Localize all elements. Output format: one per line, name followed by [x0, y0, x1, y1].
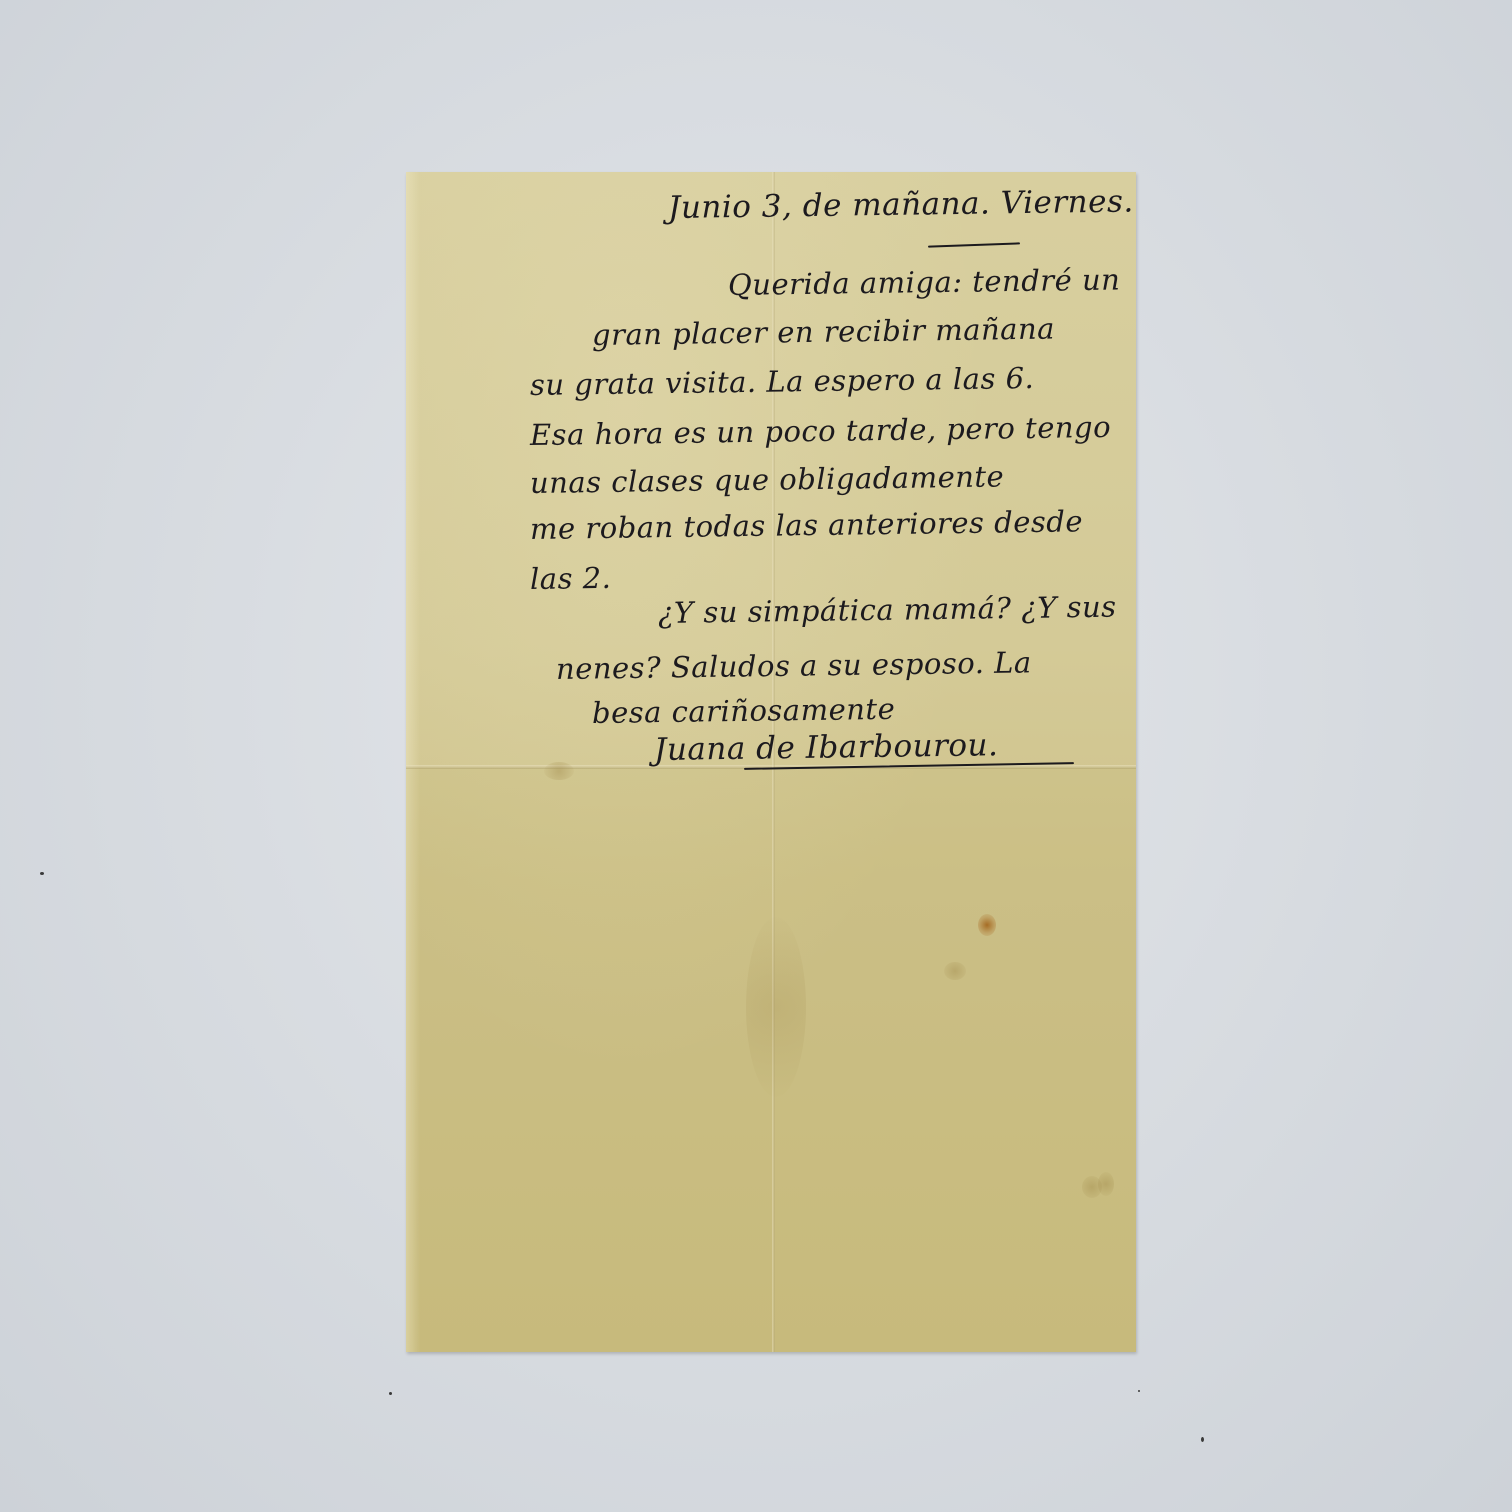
- letter-body-line-5: unas clases que obligadamente: [530, 459, 1005, 500]
- letter-date-line: Junio 3, de mañana. Viernes.: [668, 183, 1134, 225]
- letter-body-line-2: gran placer en recibir mañana: [592, 312, 1055, 352]
- faint-stain: [944, 962, 966, 980]
- letter-body-line-1: Querida amiga: tendré un: [728, 263, 1121, 302]
- letter-body-line-6: me roban todas las anteriores desde: [530, 504, 1083, 546]
- background-speck: [1138, 1390, 1140, 1392]
- letter-sheet: Junio 3, de mañana. Viernes. Querida ami…: [406, 172, 1136, 1352]
- faint-stain: [746, 917, 806, 1097]
- letter-body-line-8: ¿Y su simpática mamá? ¿Y sus: [658, 590, 1117, 630]
- background-speck: [389, 1392, 392, 1395]
- letter-body-line-7: las 2.: [530, 561, 612, 596]
- letter-body-line-10: besa cariñosamente: [592, 692, 896, 730]
- letter-signature: Juana de Ibarbourou.: [654, 727, 999, 768]
- letter-body-line-3: su grata visita. La espero a las 6.: [530, 361, 1035, 402]
- faint-stain: [544, 762, 574, 780]
- foxing-stain: [978, 914, 996, 936]
- letter-body-line-9: nenes? Saludos a su esposo. La: [556, 645, 1032, 686]
- background-speck: [1201, 1437, 1204, 1442]
- background-speck: [40, 872, 44, 875]
- date-underline: [928, 242, 1020, 247]
- letter-body-line-4: Esa hora es un poco tarde, pero tengo: [530, 410, 1112, 452]
- faint-stain: [1098, 1172, 1114, 1196]
